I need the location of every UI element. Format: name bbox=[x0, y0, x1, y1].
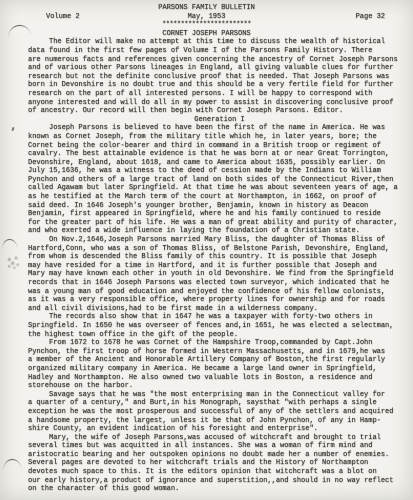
article-body: The Editor will make no attempt at this … bbox=[0, 38, 413, 493]
scanned-document-page: PARSONS FAMILY BULLETIN Volume 2 May, 19… bbox=[0, 0, 413, 500]
volume-label: Volume 2 bbox=[46, 13, 80, 22]
mary-witchcraft-paragraph: Mary, the wife of Joseph Parsons,was acc… bbox=[28, 434, 411, 494]
pencil-smudge-mark bbox=[5, 255, 22, 270]
page-number: Page 32 bbox=[356, 13, 385, 22]
asterisk-divider: ************************ bbox=[0, 21, 413, 30]
savage-quote-paragraph: Savage says that he was "the most enterp… bbox=[28, 391, 411, 434]
issue-date: May, 1953 bbox=[188, 13, 226, 22]
marriage-paragraph: On Nov.2,1646,Joseph Parsons married Mar… bbox=[28, 236, 411, 313]
typewritten-document: PARSONS FAMILY BULLETIN Volume 2 May, 19… bbox=[0, 4, 413, 494]
masthead-row: Volume 2 May, 1953 Page 32 bbox=[0, 13, 413, 22]
cornet-paragraph: From 1672 to 1678 he was Cornet of the H… bbox=[28, 339, 411, 391]
editor-note-paragraph: The Editor will make no attempt at this … bbox=[28, 38, 411, 115]
generation-paragraph: Joseph Parsons is believed to have been … bbox=[28, 124, 411, 236]
bulletin-title: PARSONS FAMILY BULLETIN bbox=[0, 4, 413, 13]
records-paragraph: The records also show that in 1647 he wa… bbox=[28, 313, 411, 339]
